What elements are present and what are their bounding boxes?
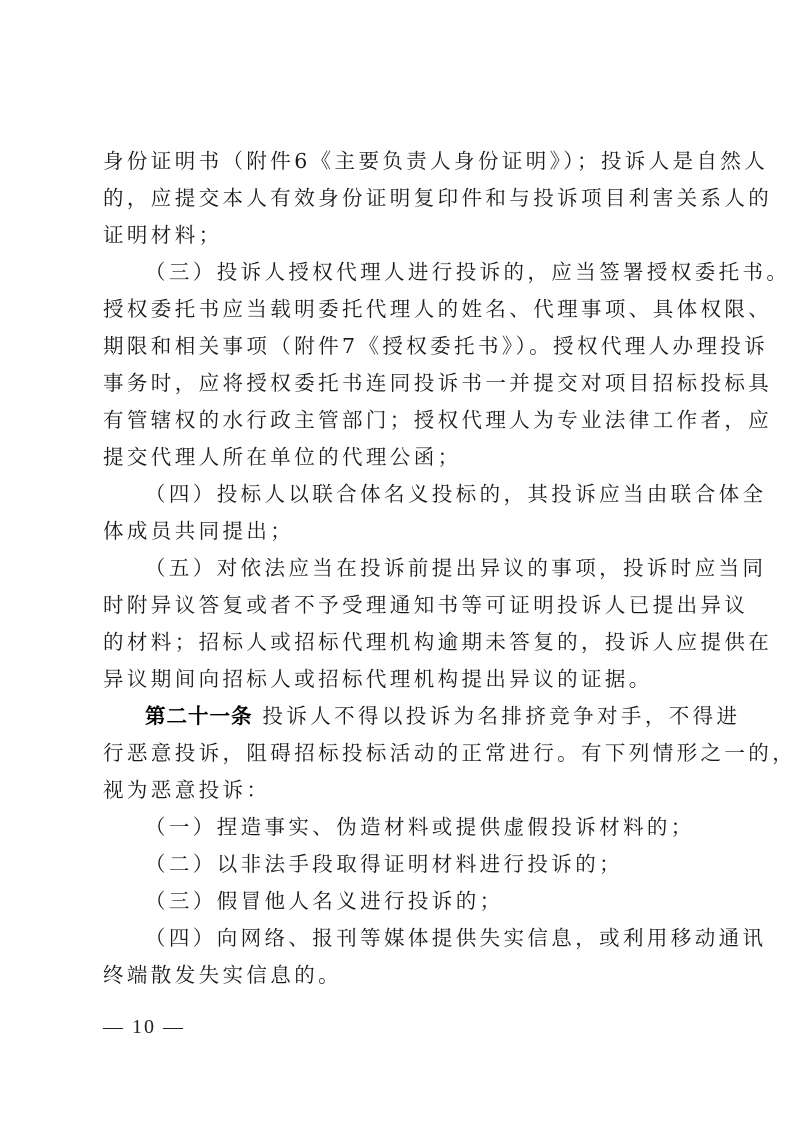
text-line: 的材料；招标人或招标代理机构逾期未答复的，投诉人应提供在 [103, 624, 693, 661]
list-item: （一）捏造事实、伪造材料或提供虚假投诉材料的； [103, 809, 693, 846]
text-line: 行恶意投诉，阻碍招标投标活动的正常进行。有下列情形之一的， [103, 735, 693, 772]
text-line: 有管辖权的水行政主管部门；授权代理人为专业法律工作者，应 [103, 402, 693, 439]
text-line: 视为恶意投诉： [103, 772, 693, 809]
text-line: 证明材料； [103, 217, 693, 254]
document-body: 身份证明书（附件6《主要负责人身份证明》）；投诉人是自然人 的，应提交本人有效身… [103, 143, 693, 994]
text-line: 提交代理人所在单位的代理公函； [103, 439, 693, 476]
text-line: 异议期间向招标人或招标代理机构提出异议的证据。 [103, 661, 693, 698]
text-line: 授权委托书应当载明委托代理人的姓名、代理事项、具体权限、 [103, 291, 693, 328]
text-line: 的，应提交本人有效身份证明复印件和与投诉项目利害关系人的 [103, 180, 693, 217]
text-line: 体成员共同提出； [103, 513, 693, 550]
page-number: — 10 — [103, 1016, 185, 1039]
text-line: 期限和相关事项（附件7《授权委托书》）。授权代理人办理投诉 [103, 328, 693, 365]
article-text: 投诉人不得以投诉为名排挤竞争对手，不得进 [262, 704, 740, 728]
text-line: 身份证明书（附件6《主要负责人身份证明》）；投诉人是自然人 [103, 143, 693, 180]
text-line: 时附异议答复或者不予受理通知书等可证明投诉人已提出异议 [103, 587, 693, 624]
article-first-line: 第二十一条 投诉人不得以投诉为名排挤竞争对手，不得进 [103, 698, 693, 735]
text-line: （四）投标人以联合体名义投标的，其投诉应当由联合体全 [103, 476, 693, 513]
list-item: （三）假冒他人名义进行投诉的； [103, 883, 693, 920]
text-line: 终端散发失实信息的。 [103, 957, 693, 994]
list-item: （四）向网络、报刊等媒体提供失实信息，或利用移动通讯 [103, 920, 693, 957]
list-item: （二）以非法手段取得证明材料进行投诉的； [103, 846, 693, 883]
text-line: （五）对依法应当在投诉前提出异议的事项，投诉时应当同 [103, 550, 693, 587]
text-line: 事务时，应将授权委托书连同投诉书一并提交对项目招标投标具 [103, 365, 693, 402]
article-heading: 第二十一条 [145, 704, 253, 728]
text-line: （三）投诉人授权代理人进行投诉的，应当签署授权委托书。 [103, 254, 693, 291]
